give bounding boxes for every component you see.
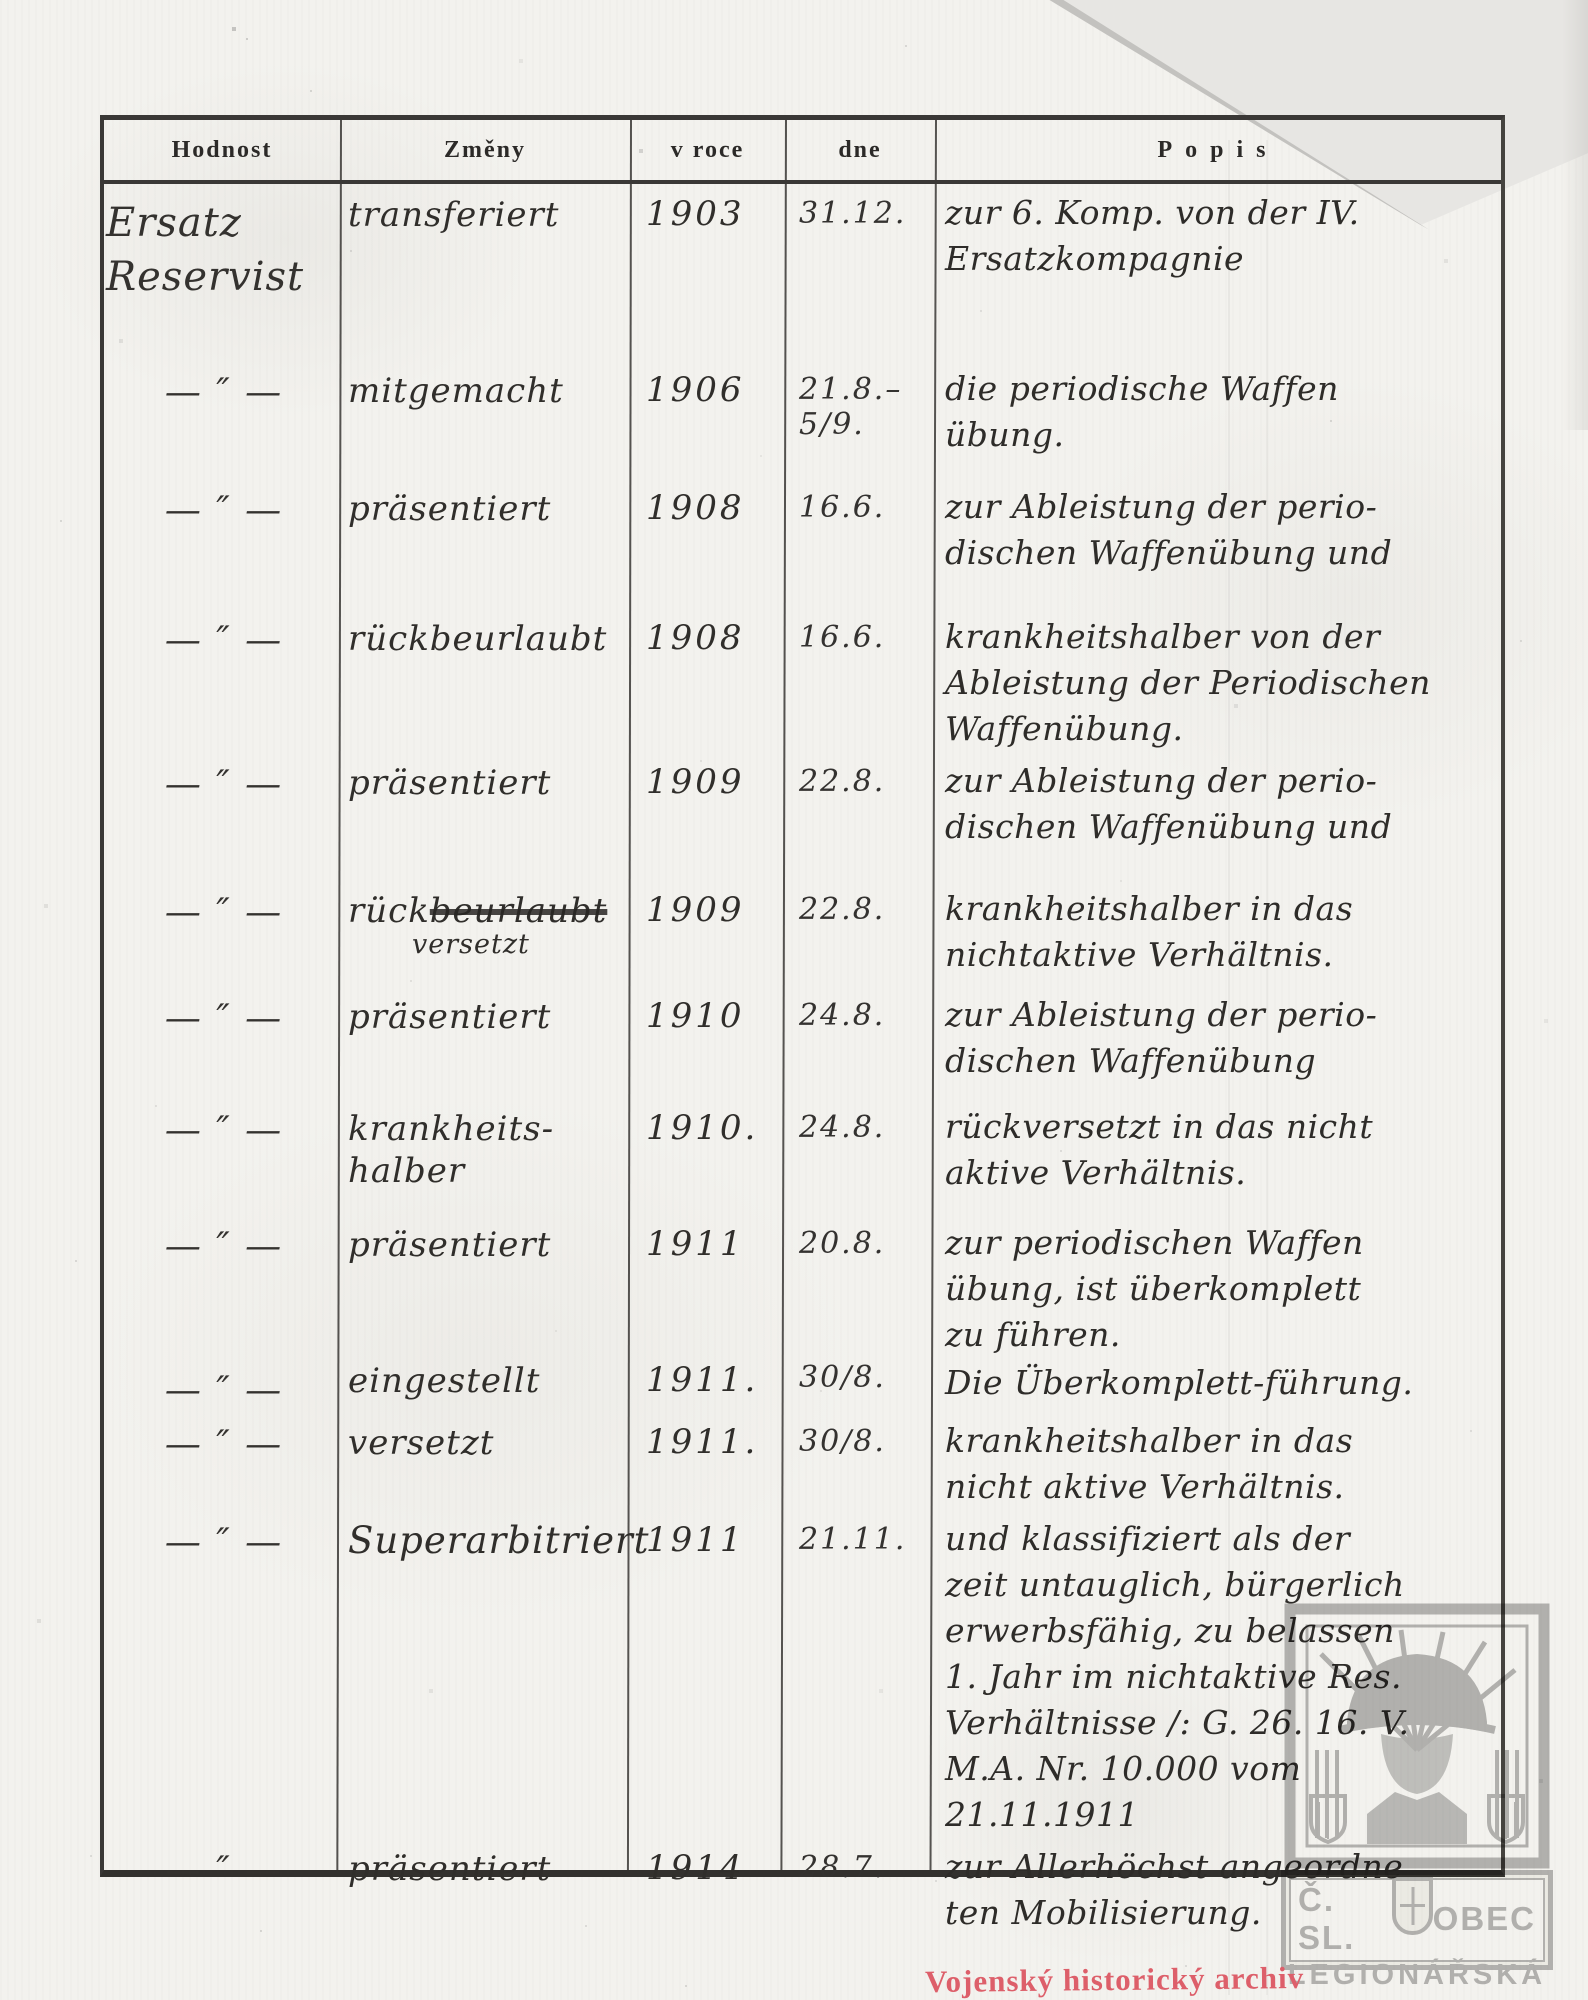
- table-row: — ″ — präsentiert 1911 20.8. zur periodi…: [104, 1214, 1501, 1358]
- description-cell: zur periodischen Waffen übung, ist überk…: [935, 1214, 1501, 1358]
- year-cell: 1903: [630, 184, 785, 360]
- rank-cell: — ″ —: [104, 1838, 340, 1936]
- day-cell: 24.8.: [785, 1098, 935, 1214]
- change-cell: transferiert: [340, 184, 630, 360]
- year-cell: 1909: [630, 752, 785, 880]
- rank-cell: — ″ —: [104, 752, 340, 880]
- description-cell: zur 6. Komp. von der IV. Ersatzkompagnie: [935, 184, 1501, 360]
- day-cell: 21.11.: [785, 1510, 935, 1838]
- description-cell: zur Ableistung der perio- dischen Waffen…: [935, 986, 1501, 1098]
- header-cell-zmeny: Změny: [340, 137, 630, 164]
- header-cell-popis: Popis: [935, 137, 1501, 164]
- table-row: — ″ — rückbeurlaubtversetzt 1909 22.8. k…: [104, 880, 1501, 986]
- table-header: Hodnost Změny v roce dne Popis: [104, 120, 1501, 184]
- day-cell: 30/8.: [785, 1358, 935, 1412]
- table-row: — ″ — krankheits- halber 1910. 24.8. rüc…: [104, 1098, 1501, 1214]
- change-cell: mitgemacht: [340, 360, 630, 478]
- table-row: — ″ — präsentiert 1914 28.7. zur Allerhö…: [104, 1838, 1501, 1936]
- year-cell: 1911.: [630, 1358, 785, 1412]
- table-row: — ″ — präsentiert 1910 24.8. zur Ableist…: [104, 986, 1501, 1098]
- change-cell: präsentiert: [340, 1838, 630, 1936]
- table-row: — ″ — rückbeurlaubt 1908 16.6. krankheit…: [104, 608, 1501, 752]
- table-row: Ersatz Reservist transferiert 1903 31.12…: [104, 184, 1501, 360]
- description-cell: und klassifiziert als der zeit untauglic…: [935, 1510, 1501, 1838]
- year-cell: 1910.: [630, 1098, 785, 1214]
- year-cell: 1911: [630, 1510, 785, 1838]
- year-cell: 1906: [630, 360, 785, 478]
- change-cell: präsentiert: [340, 478, 630, 608]
- description-cell: rückversetzt in das nicht aktive Verhält…: [935, 1098, 1501, 1214]
- change-cell: präsentiert: [340, 752, 630, 880]
- rank-cell: — ″ —: [104, 1510, 340, 1838]
- day-cell: 16.6.: [785, 478, 935, 608]
- day-cell: 22.8.: [785, 752, 935, 880]
- archive-stamp-text: Vojenský historický archiv: [925, 1960, 1304, 2000]
- rank-cell: — ″ —: [104, 360, 340, 478]
- rank-cell: — ″ —: [104, 1358, 340, 1412]
- description-cell: krankheitshalber von der Ableistung der …: [935, 608, 1501, 752]
- table-row: — ″ — Superarbitriert 1911 21.11. und kl…: [104, 1510, 1501, 1838]
- stamp-text-legionarska: LEGIONÁŘSKÁ: [1286, 1959, 1548, 1992]
- table-row: — ″ — versetzt 1911. 30/8. krankheitshal…: [104, 1412, 1501, 1510]
- day-cell: 21.8.–5/9.: [785, 360, 935, 478]
- day-cell: 16.6.: [785, 608, 935, 752]
- header-cell-dne: dne: [785, 137, 935, 164]
- day-cell: 30/8.: [785, 1412, 935, 1510]
- rank-cell: Ersatz Reservist: [104, 184, 340, 360]
- paper-speckle-texture: [0, 0, 2, 2]
- year-cell: 1911.: [630, 1412, 785, 1510]
- description-cell: zur Allerhöchst angeordne ten Mobilisier…: [935, 1838, 1501, 1936]
- year-cell: 1908: [630, 478, 785, 608]
- year-cell: 1908: [630, 608, 785, 752]
- table-row: — ″ — mitgemacht 1906 21.8.–5/9. die per…: [104, 360, 1501, 478]
- change-cell: krankheits- halber: [340, 1098, 630, 1214]
- rank-cell: — ″ —: [104, 880, 340, 986]
- description-cell: zur Ableistung der perio- dischen Waffen…: [935, 478, 1501, 608]
- description-cell: die periodische Waffen übung.: [935, 360, 1501, 478]
- rank-cell: — ″ —: [104, 1214, 340, 1358]
- rank-cell: — ″ —: [104, 1412, 340, 1510]
- day-cell: 28.7.: [785, 1838, 935, 1936]
- description-cell: krankheitshalber in das nichtaktive Verh…: [935, 880, 1501, 986]
- paper-right-edge-shadow: [1562, 0, 1588, 430]
- rank-cell: — ″ —: [104, 986, 340, 1098]
- table-body: Ersatz Reservist transferiert 1903 31.12…: [104, 184, 1501, 1870]
- change-cell: Superarbitriert: [340, 1510, 630, 1838]
- header-cell-hodnost: Hodnost: [104, 137, 340, 164]
- change-cell: rückbeurlaubt: [340, 608, 630, 752]
- record-table: Hodnost Změny v roce dne Popis Ersatz Re…: [100, 115, 1505, 1877]
- rank-cell: — ″ —: [104, 1098, 340, 1214]
- table-row: — ″ — eingestellt 1911. 30/8. Die Überko…: [104, 1358, 1501, 1412]
- change-cell: präsentiert: [340, 986, 630, 1098]
- rank-cell: — ″ —: [104, 608, 340, 752]
- day-cell: 20.8.: [785, 1214, 935, 1358]
- description-cell: zur Ableistung der perio- dischen Waffen…: [935, 752, 1501, 880]
- change-cell: versetzt: [340, 1412, 630, 1510]
- change-cell: präsentiert: [340, 1214, 630, 1358]
- year-cell: 1909: [630, 880, 785, 986]
- header-cell-vroce: v roce: [630, 137, 785, 164]
- year-cell: 1911: [630, 1214, 785, 1358]
- table-row: — ″ — präsentiert 1909 22.8. zur Ableist…: [104, 752, 1501, 880]
- description-cell: Die Überkomplett-führung.: [935, 1358, 1501, 1412]
- description-cell: krankheitshalber in das nicht aktive Ver…: [935, 1412, 1501, 1510]
- day-cell: 24.8.: [785, 986, 935, 1098]
- change-cell: eingestellt: [340, 1358, 630, 1412]
- year-cell: 1910: [630, 986, 785, 1098]
- change-cell-corrected: rückbeurlaubtversetzt: [340, 880, 630, 986]
- rank-cell: — ″ —: [104, 478, 340, 608]
- day-cell: 31.12.: [785, 184, 935, 360]
- day-cell: 22.8.: [785, 880, 935, 986]
- page: { "doc": { "kind": "scanned Austro-Hunga…: [0, 0, 1588, 2000]
- table-row: — ″ — präsentiert 1908 16.6. zur Ableist…: [104, 478, 1501, 608]
- year-cell: 1914: [630, 1838, 785, 1936]
